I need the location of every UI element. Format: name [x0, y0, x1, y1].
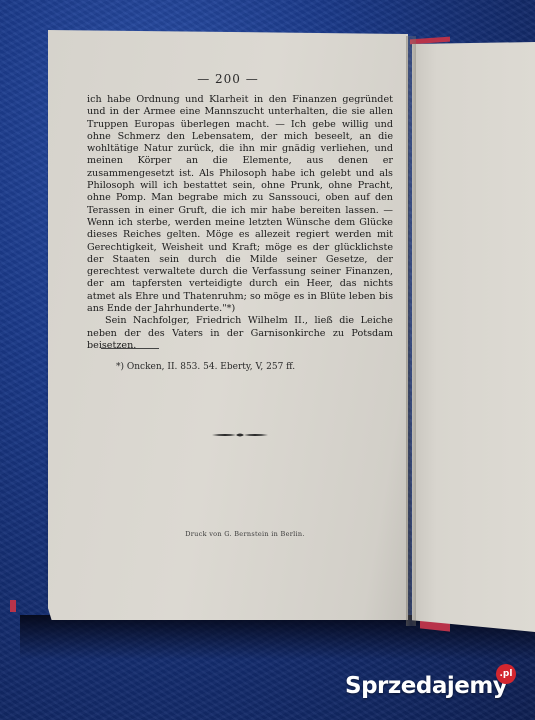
watermark-badge: .pl: [496, 664, 516, 684]
book-gutter: [406, 36, 416, 626]
right-page: [412, 42, 535, 632]
ornament-flourish-icon: [212, 432, 268, 438]
paragraph-testament: ich habe Ordnung und Klarheit in den Fin…: [87, 94, 393, 315]
printer-imprint: Druck von G. Bernstein in Berlin.: [170, 530, 320, 538]
red-cover-edge-left: [10, 600, 16, 612]
page-number: — 200 —: [48, 72, 408, 86]
watermark-brand: Sprzedajemy: [345, 673, 507, 699]
footnote-divider: [101, 348, 159, 349]
paragraph-successor: Sein Nachfolger, Friedrich Wilhelm II., …: [87, 315, 393, 352]
body-text: ich habe Ordnung und Klarheit in den Fin…: [87, 94, 393, 352]
footnote: *) Oncken, II. 853. 54. Eberty, V, 257 f…: [116, 362, 295, 372]
